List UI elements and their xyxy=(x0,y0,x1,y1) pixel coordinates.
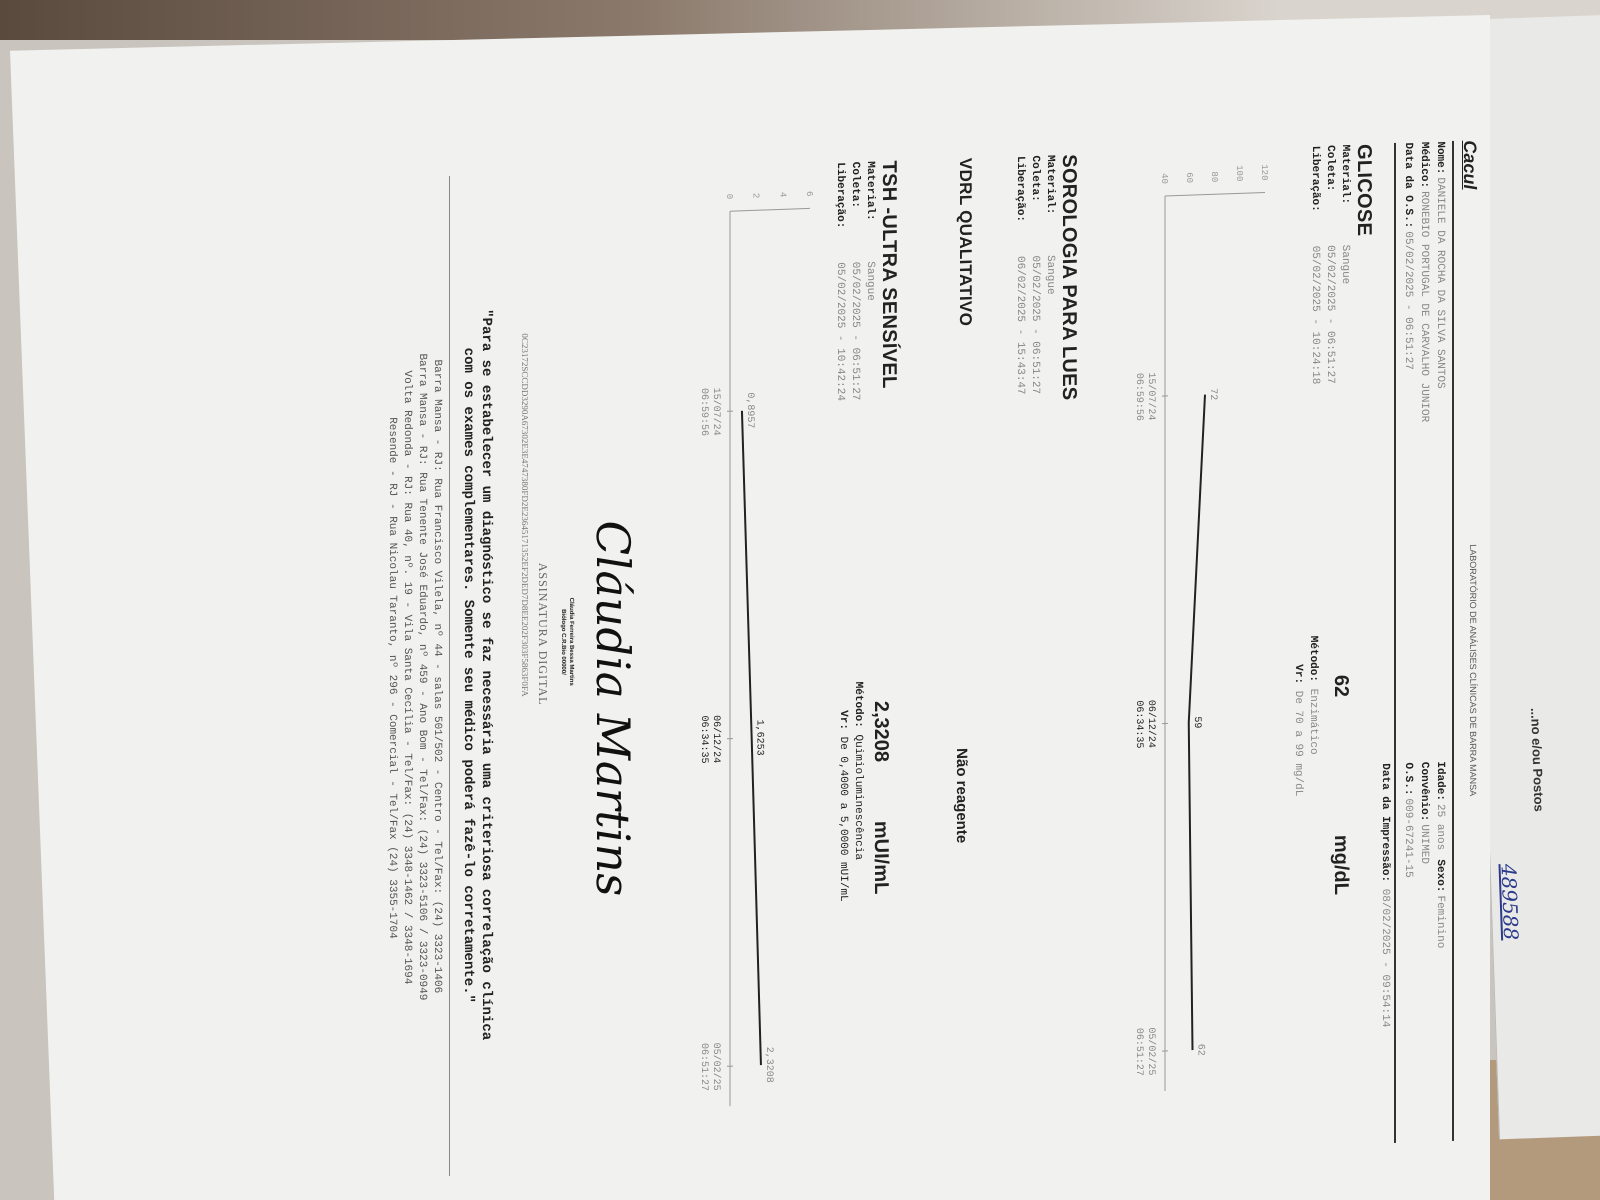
digital-signature-label: ASSINATURA DIGITAL xyxy=(535,562,550,705)
svg-text:06:51:27: 06:51:27 xyxy=(698,1043,709,1091)
insurance-label: Convênio: xyxy=(1418,762,1430,822)
coleta-label: Coleta: xyxy=(1322,145,1337,246)
lab-header-line: LABORATÓRIO DE ANÁLISES CLÍNICAS DE BARR… xyxy=(1467,320,1478,1020)
glicose-history-chart: 4060801001207215/07/2406:59:565906/12/24… xyxy=(1085,147,1275,1154)
digital-signature-hash: 0C23172SCCDD3290A67302E3E4747380FD2E2364… xyxy=(520,333,530,697)
signature-name: Cláudia Ferreira Bessa Martins xyxy=(567,552,575,732)
address-line: Barra Mansa - RJ: Rua Francisco Vilela, … xyxy=(429,176,444,1177)
print-date: Data da Impressão: 08/02/2025 - 09:54:14 xyxy=(1377,763,1392,1028)
os-number: 009-67241-15 xyxy=(1402,798,1414,878)
svg-text:120: 120 xyxy=(1259,164,1269,181)
signature: Cláudia Martins xyxy=(586,519,640,897)
svg-text:15/07/24: 15/07/24 xyxy=(1145,372,1157,420)
liberacao-value: 05/02/2025 - 10:24:18 xyxy=(1309,246,1321,385)
age-label: Idade: xyxy=(1434,761,1446,801)
svg-text:05/02/25: 05/02/25 xyxy=(710,1042,722,1090)
coleta-value: 05/02/2025 - 06:51:27 xyxy=(849,262,861,401)
liberacao-label: Liberação: xyxy=(832,162,847,263)
signature-registry: Biólogo C.R.Bio 00000/ xyxy=(559,552,567,732)
svg-text:15/07/24: 15/07/24 xyxy=(710,387,722,435)
tsh-history-chart: 02460,895715/07/2406:59:561,625306/12/24… xyxy=(650,163,820,1169)
lab-addresses: Barra Mansa - RJ: Rua Francisco Vilela, … xyxy=(384,176,444,1178)
svg-text:100: 100 xyxy=(1234,165,1244,182)
exam-tsh: TSH -ULTRA SENSÍVEL Material:Sangue Cole… xyxy=(832,160,900,1162)
svg-text:2: 2 xyxy=(751,193,761,199)
glicose-chart-svg: 4060801001207215/07/2406:59:565906/12/24… xyxy=(1085,147,1275,1154)
patient-divider xyxy=(1394,143,1396,1143)
print-date-label: Data da Impressão: xyxy=(1379,763,1391,882)
liberacao-value: 06/02/2025 - 15:43:47 xyxy=(1014,256,1026,395)
doctor-label: Médico: xyxy=(1418,142,1430,189)
svg-text:06:34:35: 06:34:35 xyxy=(698,715,709,763)
glicose-result: 62 xyxy=(1329,674,1352,697)
coleta-value: 05/02/2025 - 06:51:27 xyxy=(1029,255,1041,394)
exam-title: VDRL QUALITATIVO xyxy=(955,158,975,1159)
coleta-label: Coleta: xyxy=(847,162,862,263)
svg-text:06/12/24: 06/12/24 xyxy=(710,715,722,763)
liberacao-label: Liberação: xyxy=(1307,146,1322,247)
glicose-method: Método: Enzimático Vr: De 70 a 99 mg/dL xyxy=(1290,636,1320,797)
header-divider xyxy=(1452,141,1454,1141)
os-date-label: Data da O.S.: xyxy=(1402,142,1414,228)
address-line: Volta Redonda - RJ: Rua 40, nº. 19 - Vil… xyxy=(399,177,414,1178)
print-date-value: 08/02/2025 - 09:54:14 xyxy=(1379,889,1391,1028)
exam-title: SOROLOGIA PARA LUES xyxy=(1057,154,1080,1155)
patient-name-label: Nome: xyxy=(1434,141,1446,174)
coleta-value: 05/02/2025 - 06:51:27 xyxy=(1324,245,1336,384)
lab-logo: Cacul xyxy=(1459,140,1480,190)
material-value: Sangue xyxy=(1044,255,1056,295)
svg-text:0: 0 xyxy=(724,194,734,200)
svg-text:06:34:35: 06:34:35 xyxy=(1133,700,1144,748)
sex-label: Sexo: xyxy=(1434,859,1446,892)
os-label: O.S.: xyxy=(1402,762,1414,795)
material-label: Material: xyxy=(862,161,877,262)
glicose-unit: mg/dL xyxy=(1329,834,1352,895)
sex-value: Feminino xyxy=(1434,895,1446,948)
exam-sorologia: SOROLOGIA PARA LUES Material:Sangue Cole… xyxy=(1012,154,1080,1156)
method-label: Método: xyxy=(1307,636,1319,683)
insurance-value: UNIMED xyxy=(1418,824,1430,864)
svg-text:05/02/25: 05/02/25 xyxy=(1145,1027,1157,1075)
handwritten-number: 489588 xyxy=(1496,863,1523,940)
method-value: Enzimático xyxy=(1307,688,1319,754)
os-date: 05/02/2025 - 06:51:27 xyxy=(1402,231,1414,370)
tsh-result: 2,3208 xyxy=(869,701,892,763)
address-line: Resende - RJ - Rua Nicolau Taranto, nº 2… xyxy=(384,178,399,1179)
age-value: 25 anos xyxy=(1434,804,1446,851)
tsh-chart-svg: 02460,895715/07/2406:59:561,625306/12/24… xyxy=(650,163,820,1169)
svg-text:2,3208: 2,3208 xyxy=(763,1047,774,1083)
liberacao-value: 05/02/2025 - 10:42:24 xyxy=(834,262,846,401)
underlying-sheet-text: ...no e/ou Postos xyxy=(1528,708,1547,812)
material-label: Material: xyxy=(1042,155,1057,256)
address-line: Barra Mansa - RJ: Rua Tenente José Eduar… xyxy=(414,177,429,1178)
method-label: Método: xyxy=(852,682,864,729)
svg-text:0,8957: 0,8957 xyxy=(744,392,755,428)
svg-text:72: 72 xyxy=(1207,388,1218,400)
material-value: Sangue xyxy=(1339,245,1351,285)
svg-text:80: 80 xyxy=(1209,171,1219,182)
svg-text:06/12/24: 06/12/24 xyxy=(1145,700,1157,748)
ref-value: De 0,4000 a 5,0000 mUI/mL xyxy=(837,736,849,901)
svg-text:4: 4 xyxy=(777,192,787,198)
lab-report: Cacul LABORATÓRIO DE ANÁLISES CLÍNICAS D… xyxy=(90,140,1480,1189)
signature-caption: Cláudia Ferreira Bessa Martins Biólogo C… xyxy=(559,552,575,733)
svg-text:62: 62 xyxy=(1195,1044,1206,1056)
svg-text:60: 60 xyxy=(1184,172,1194,183)
patient-name: DANIELE DA ROCHA DA SILVA SANTOS xyxy=(1434,177,1446,389)
svg-text:06:51:27: 06:51:27 xyxy=(1133,1028,1144,1076)
disclaimer: "Para se estabelecer um diagnóstico se f… xyxy=(459,174,495,1175)
svg-text:06:59:56: 06:59:56 xyxy=(1133,373,1144,421)
exam-vdrl: VDRL QUALITATIVO xyxy=(955,158,975,1159)
ref-label: Vr: xyxy=(837,710,849,730)
vdrl-result: Não reagente xyxy=(953,748,970,844)
doctor-name: RONEBIO PORTUGAL DE CARVALHO JUNIOR xyxy=(1418,191,1430,422)
material-label: Material: xyxy=(1337,144,1352,245)
svg-text:6: 6 xyxy=(804,191,814,197)
exam-title: TSH -ULTRA SENSÍVEL xyxy=(877,160,900,1161)
ref-label: Vr: xyxy=(1292,664,1304,684)
coleta-label: Coleta: xyxy=(1027,155,1042,256)
tsh-method: Método: Quimioluminescência Vr: De 0,400… xyxy=(835,681,865,902)
disclaimer-line-2: com os exames complementares. Somente se… xyxy=(459,175,477,1176)
svg-text:40: 40 xyxy=(1159,173,1169,184)
footer-divider xyxy=(449,176,450,1176)
svg-text:06:59:56: 06:59:56 xyxy=(698,388,709,436)
svg-text:59: 59 xyxy=(1191,716,1202,728)
method-value: Quimioluminescência xyxy=(852,734,864,860)
liberacao-label: Liberação: xyxy=(1012,156,1027,257)
disclaimer-line-1: "Para se estabelecer um diagnóstico se f… xyxy=(477,174,495,1175)
exam-title: GLICOSE xyxy=(1352,144,1375,1145)
svg-text:1,6253: 1,6253 xyxy=(754,719,765,755)
material-value: Sangue xyxy=(864,261,876,301)
ref-value: De 70 a 99 mg/dL xyxy=(1292,691,1304,797)
tsh-unit: mUI/mL xyxy=(869,821,892,895)
